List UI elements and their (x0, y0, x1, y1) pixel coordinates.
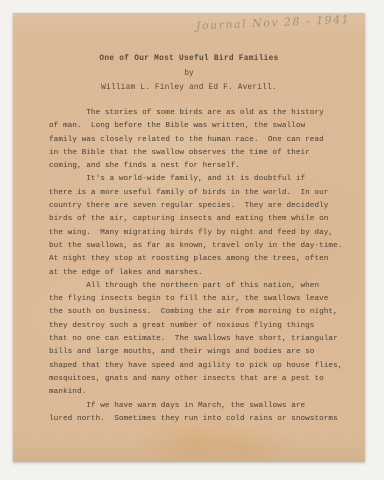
text-line: The stories of some birds are as old as … (49, 107, 349, 120)
text-line: At night they stop at roosting places am… (49, 253, 349, 266)
text-line: in the Bible that the swallow observes t… (49, 147, 349, 160)
document-title: One of Our Most Useful Bird Families (13, 55, 365, 63)
text-line: there is a more useful family of birds i… (49, 187, 349, 200)
text-line: coming, and she finds a nest for herself… (49, 160, 349, 173)
text-line: they destroy such a great number of noxi… (49, 320, 349, 333)
text-line: birds of the air, capturing insects and … (49, 213, 349, 226)
text-line: shaped that they have speed and agility … (49, 360, 349, 373)
manuscript-page: Journal Nov 28 - 1941 One of Our Most Us… (13, 13, 365, 462)
text-line: bills and large mouths, and their wings … (49, 346, 349, 359)
text-line: family was closely related to the human … (49, 134, 349, 147)
title-block: One of Our Most Useful Bird Families by … (13, 55, 365, 92)
text-line: but the swallows, as far as known, trave… (49, 240, 349, 253)
scanned-document: Journal Nov 28 - 1941 One of Our Most Us… (0, 0, 384, 480)
text-line: lured north. Sometimes they run into col… (49, 413, 349, 426)
text-line: country there are seven regular species.… (49, 200, 349, 213)
text-line: the south on business. Combing the air f… (49, 306, 349, 319)
text-line: the wing. Many migrating birds fly by ni… (49, 227, 349, 240)
text-line: that no one can estimate. The swallows h… (49, 333, 349, 346)
text-line: It's a world-wide family, and it is doub… (49, 173, 349, 186)
text-line: mankind. (49, 386, 349, 399)
text-line: the flying insects begin to fill the air… (49, 293, 349, 306)
text-line: of man. Long before the Bible was writte… (49, 120, 349, 133)
handwritten-annotation: Journal Nov 28 - 1941 (196, 12, 361, 32)
text-line: All through the northern part of this na… (49, 280, 349, 293)
text-line: mosquitoes, gnats and many other insects… (49, 373, 349, 386)
byline-prefix: by (13, 70, 365, 78)
text-line: at the edge of lakes and marshes. (49, 267, 349, 280)
authors-line: William L. Finley and Ed F. Averill. (13, 84, 365, 92)
body-text: The stories of some birds are as old as … (49, 107, 349, 426)
text-line: If we have warm days in March, the swall… (49, 400, 349, 413)
